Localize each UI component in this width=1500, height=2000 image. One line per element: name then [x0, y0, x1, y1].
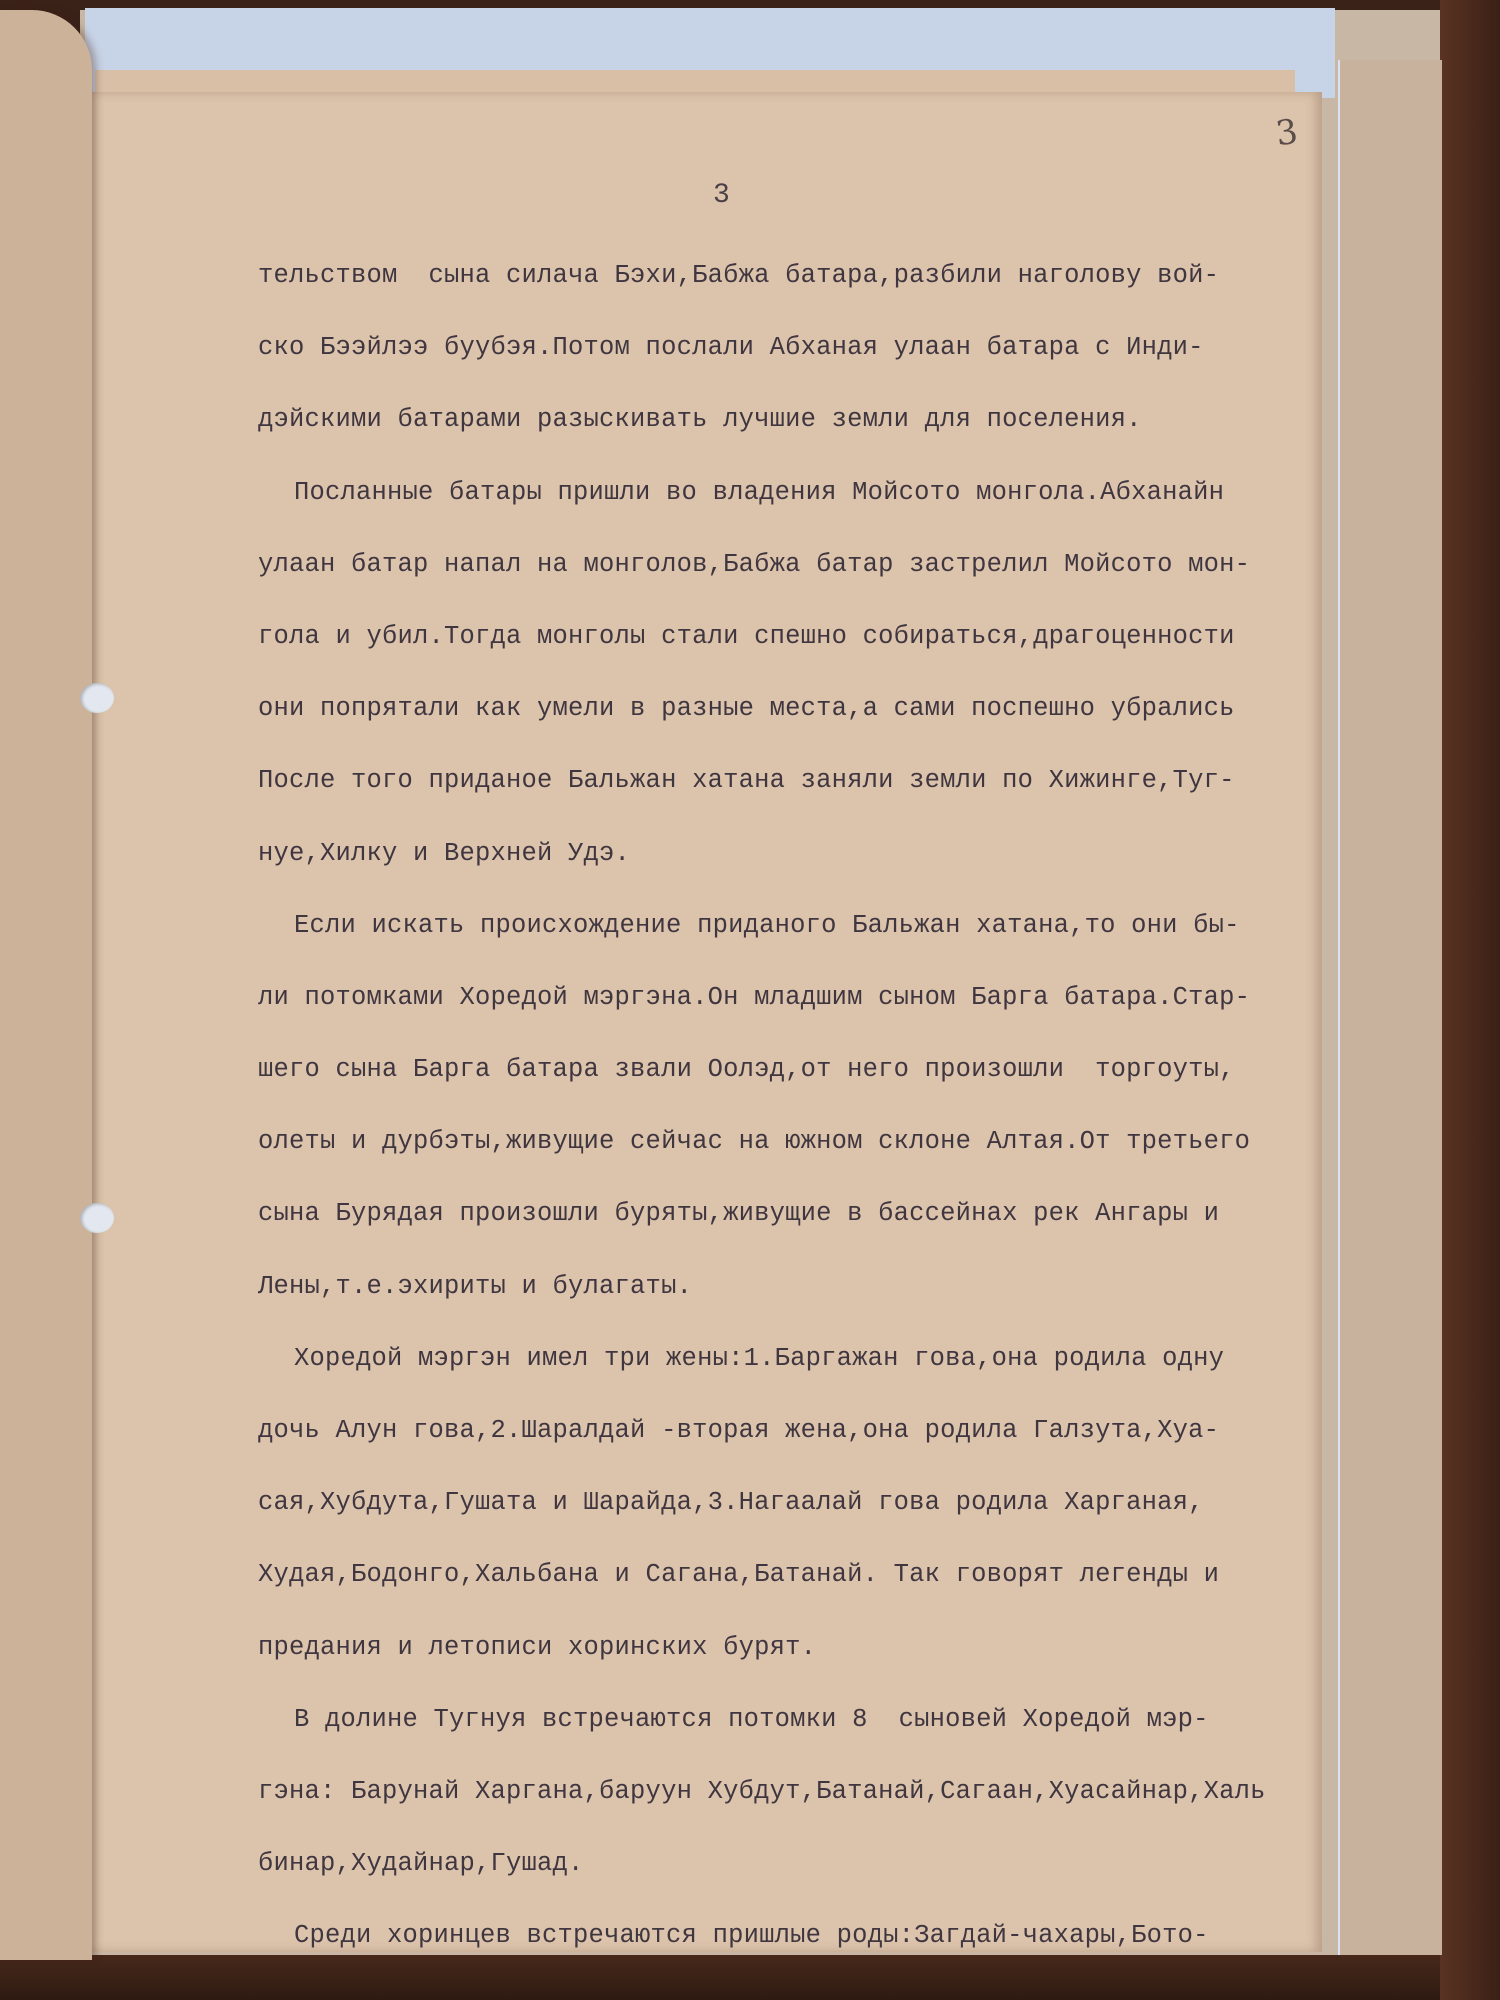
cardboard-strip	[1338, 60, 1442, 1955]
text-line: Среди хоринцев встречаются пришлые роды:…	[258, 1900, 1328, 1972]
text-line: бинар,Худайнар,Гушад.	[258, 1828, 1328, 1900]
text-line: Посланные батары пришли во владения Мойс…	[258, 457, 1328, 529]
wooden-edge	[1440, 0, 1500, 2000]
text-line: нуе,Хилку и Верхней Удэ.	[258, 818, 1328, 890]
text-line: ско Бээйлээ буубэя.Потом послали Абханая…	[258, 312, 1328, 384]
folder-cover	[0, 10, 92, 1960]
text-line: гэна: Барунай Харгана,баруун Хубдут,Бата…	[258, 1756, 1328, 1828]
text-line: шего сына Барга батара звали Оолэд,от не…	[258, 1034, 1328, 1106]
text-line: они попрятали как умели в разные места,а…	[258, 673, 1328, 745]
text-line: После того приданое Бальжан хатана занял…	[258, 745, 1328, 817]
text-line: олеты и дурбэты,живущие сейчас на южном …	[258, 1106, 1328, 1178]
text-line: Худая,Бодонго,Хальбана и Сагана,Батанай.…	[258, 1539, 1328, 1611]
text-line: Хоредой мэргэн имел три жены:1.Баргажан …	[258, 1323, 1328, 1395]
text-line: дочь Алун гова,2.Шаралдай -вторая жена,о…	[258, 1395, 1328, 1467]
text-line: гола и убил.Тогда монголы стали спешно с…	[258, 601, 1328, 673]
text-line: ли потомками Хоредой мэргэна.Он младшим …	[258, 962, 1328, 1034]
text-line: Если искать происхождение приданого Баль…	[258, 890, 1328, 962]
text-line: Лены,т.е.эхириты и булагаты.	[258, 1251, 1328, 1323]
text-line: В долине Тугнуя встречаются потомки 8 сы…	[258, 1684, 1328, 1756]
punch-hole-lower	[80, 1203, 114, 1233]
page-number: 3	[713, 180, 730, 211]
text-line: сына Бурядая произошли буряты,живущие в …	[258, 1178, 1328, 1250]
text-line: дэйскими батарами разыскивать лучшие зем…	[258, 384, 1328, 456]
text-line: улаан батар напал на монголов,Бабжа бата…	[258, 529, 1328, 601]
text-line: сая,Хубдута,Гушата и Шарайда,3.Нагаалай …	[258, 1467, 1328, 1539]
text-line: предания и летописи хоринских бурят.	[258, 1612, 1328, 1684]
punch-hole-upper	[80, 683, 114, 713]
body-text: тельством сына силача Бэхи,Бабжа батара,…	[258, 240, 1328, 1973]
text-line: тельством сына силача Бэхи,Бабжа батара,…	[258, 240, 1328, 312]
